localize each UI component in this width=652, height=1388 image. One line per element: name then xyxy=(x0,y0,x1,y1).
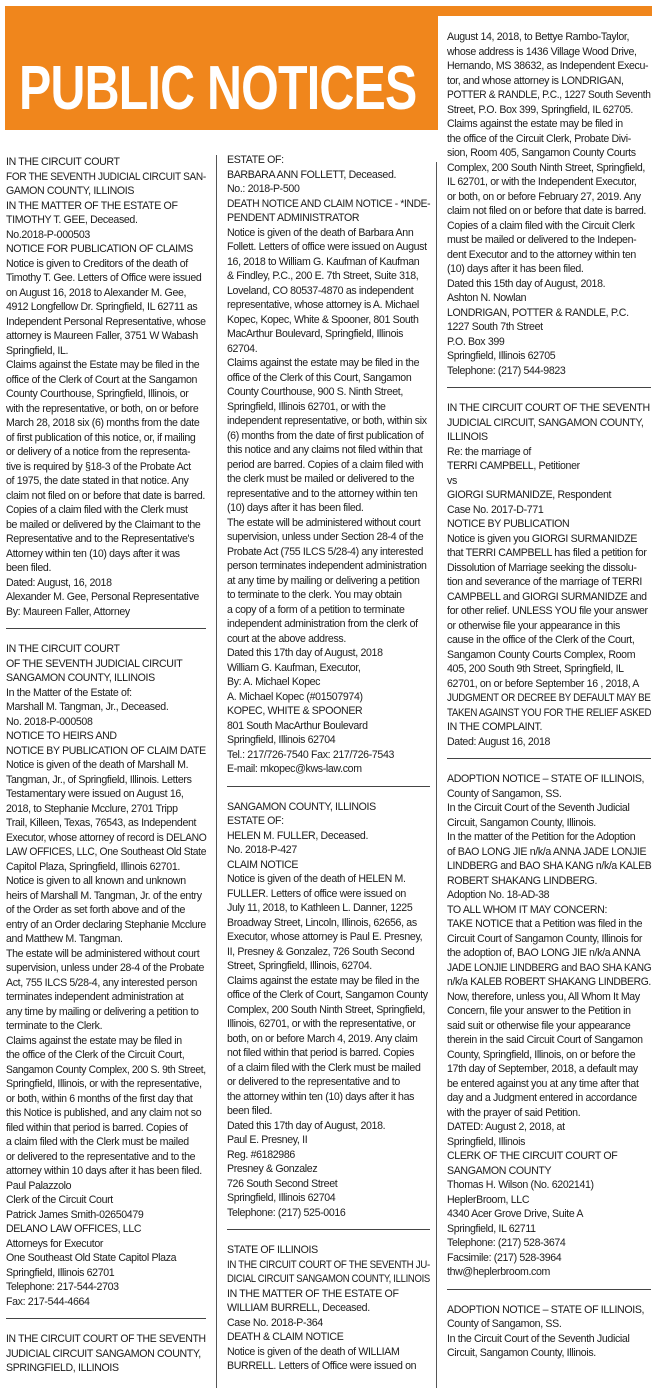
notice-line: to terminate to the clerk. You may obtai… xyxy=(227,588,430,603)
notice-line: TERRI CAMPBELL, Petitioner xyxy=(447,459,651,474)
notice-line: Capitol Plaza, Springfield, Illinois 627… xyxy=(6,860,206,875)
notice-line: any time by mailing or delivering a peti… xyxy=(6,1005,206,1020)
notice-line: TIMOTHY T. GEE, Deceased. xyxy=(6,213,206,228)
notice-line: Sangamon County Courts Complex, Room xyxy=(447,648,651,663)
notice-line: MacArthur Boulevard, Springfield, Illino… xyxy=(227,327,430,342)
notice-line: 4912 Longfellow Dr. Springfield, IL 6271… xyxy=(6,300,206,315)
notice-line: Claims against the estate may be filed i… xyxy=(6,1034,206,1049)
notice-line: One Southeast Old State Capitol Plaza xyxy=(6,1251,206,1266)
notice-line: IN THE CIRCUIT COURT xyxy=(6,155,206,170)
notice-line: or delivery of a notice from the represe… xyxy=(6,445,206,460)
notice-line: Now, therefore, unless you, All Whom It … xyxy=(447,990,651,1005)
notice-line: Broadway Street, Lincoln, Illinois, 6265… xyxy=(227,916,430,931)
notice-line: Re: the marriage of xyxy=(447,445,651,460)
page-title: PUBLIC NOTICES xyxy=(19,58,416,120)
notice-line: Hernando, MS 38632, as Independent Execu… xyxy=(447,59,651,74)
notice: STATE OF ILLINOISIN THE CIRCUIT COURT OF… xyxy=(227,1243,430,1374)
notice-line: 1227 South 7th Street xyxy=(447,320,651,335)
notice-line: of the Order as set forth above and of t… xyxy=(6,903,206,918)
notice-line: Notice is given to Creditors of the deat… xyxy=(6,257,206,272)
notice-line: Claims against the estate may be filed i… xyxy=(227,356,430,371)
notice-line: Claims against the estate may be filed i… xyxy=(447,117,651,132)
notice-line: Springfield, IL. xyxy=(6,344,206,359)
notice-line: WILLIAM BURRELL, Deceased. xyxy=(227,1301,430,1316)
notice-line: PENDENT ADMINISTRATOR xyxy=(227,211,430,226)
notice-line: No. 2018-P-427 xyxy=(227,843,430,858)
notice-line: Executor, whose attorney is Paul E. Pres… xyxy=(227,930,430,945)
notice-line: The estate will be administered without … xyxy=(6,947,206,962)
notice-line: IN THE CIRCUIT COURT xyxy=(6,642,206,657)
notice-line: office of the Clerk of Court, Sangamon C… xyxy=(227,988,430,1003)
notice-line: Claims against the estate may be filed i… xyxy=(227,974,430,989)
notice-line: the office of the Clerk of the Circuit C… xyxy=(6,1048,206,1063)
notice: SANGAMON COUNTY, ILLINOISESTATE OF:HELEN… xyxy=(227,800,430,1221)
notice-line: Circuit Court of Sangamon County, Illino… xyxy=(447,932,651,947)
notice-line: tion and severance of the marriage of TE… xyxy=(447,575,651,590)
notice-line: whose address is 1436 Village Wood Drive… xyxy=(447,45,651,60)
notice-line: Circuit, Sangamon County, Illinois. xyxy=(447,816,651,831)
notice-line: In the Circuit Court of the Seventh Judi… xyxy=(447,1332,651,1347)
notice-line: Independent Personal Representative, who… xyxy=(6,315,206,330)
notice: IN THE CIRCUIT COURTFOR THE SEVENTH JUDI… xyxy=(6,155,206,619)
notice-line: County Courthouse, Springfield, Illinois… xyxy=(6,387,206,402)
notice-line: attorney within 10 days after it has bee… xyxy=(6,1164,206,1179)
notice-line: Springfield, Illinois 62704 xyxy=(227,733,430,748)
notice-line: been filed. xyxy=(227,1104,430,1119)
notice-line: (6) months from the date of first public… xyxy=(227,429,430,444)
notice-line: Dated: August, 16, 2018 xyxy=(6,576,206,591)
notice-line: day and a Judgment entered in accordance xyxy=(447,1091,651,1106)
notice-line: DEATH & CLAIM NOTICE xyxy=(227,1330,430,1345)
notice-line: Dissolution of Marriage seeking the diss… xyxy=(447,561,651,576)
notice-line: supervision, unless under Section 28-4 o… xyxy=(227,530,430,545)
notice-line: person terminates independent administra… xyxy=(227,559,430,574)
notice-line: Case No. 2017-D-771 xyxy=(447,503,651,518)
notice-line: Clerk of the Circuit Court xyxy=(6,1193,206,1208)
notice-line: ADOPTION NOTICE – STATE OF ILLINOIS, xyxy=(447,772,651,787)
notice-line: HELEN M. FULLER, Deceased. xyxy=(227,829,430,844)
notice-line: that TERRI CAMPBELL has filed a petition… xyxy=(447,546,651,561)
notice-line: 726 South Second Street xyxy=(227,1177,430,1192)
notice-line: William G. Kaufman, Executor, xyxy=(227,661,430,676)
notice-line: NOTICE BY PUBLICATION xyxy=(447,517,651,532)
notice-line: Complex, 200 South Ninth Street, Springf… xyxy=(447,161,651,176)
notice-line: Street, Springfield, Illinois, 62704. xyxy=(227,959,430,974)
notice-line: the clerk must be mailed or delivered to… xyxy=(227,472,430,487)
notice-line: Dated this 17th day of August, 2018 xyxy=(227,646,430,661)
notice-line: for other relief. UNLESS YOU file your a… xyxy=(447,604,651,619)
notice-line: of first publication of this notice, or,… xyxy=(6,431,206,446)
notice-line: a copy of a form of a petition to termin… xyxy=(227,603,430,618)
notice-line: Telephone: (217) 544-9823 xyxy=(447,364,651,379)
notice-line: Marshall M. Tangman, Jr., Deceased. xyxy=(6,700,206,715)
notice-separator xyxy=(447,1289,651,1290)
notice-line: County of Sangamon, SS. xyxy=(447,787,651,802)
notice-line: County of Sangamon, SS. xyxy=(447,1317,651,1332)
notice-line: Dated this 15th day of August, 2018. xyxy=(447,277,651,292)
notice-line: office of the Clerk of this Court, Sanga… xyxy=(227,371,430,386)
notice-line: County, Springfield, Illinois, on or bef… xyxy=(447,1048,651,1063)
notice-line: CAMPBELL and GIORGI SURMANIDZE and xyxy=(447,590,651,605)
notice-line: 405, 200 South 9th Street, Springfield, … xyxy=(447,662,651,677)
notice-line: Telephone: (217) 528-3674 xyxy=(447,1236,651,1251)
notice-separator xyxy=(227,1229,430,1230)
notice-line: IN THE MATTER OF THE ESTATE OF xyxy=(227,1287,430,1302)
notice-line: with the prayer of said Petition. xyxy=(447,1106,651,1121)
notice-line: be mailed or delivered by the Claimant t… xyxy=(6,518,206,533)
notice-line: tive is required by §18-3 of the Probate… xyxy=(6,460,206,475)
notice-line: July 11, 2018, to Kathleen L. Danner, 12… xyxy=(227,901,430,916)
notice-line: (10) days after it has been filed. xyxy=(227,501,430,516)
column-divider xyxy=(436,162,437,1388)
notice-line: independent representative, or both, wit… xyxy=(227,414,430,429)
notice-line: LAW OFFICES, LLC, One Southeast Old Stat… xyxy=(6,845,200,860)
notice-line: Notice is given of the death of WILLIAM xyxy=(227,1345,430,1360)
notice-line: In the Circuit Court of the Seventh Judi… xyxy=(447,801,651,816)
notice-separator xyxy=(227,786,430,787)
notice-line: II, Presney & Gonzalez, 726 South Second xyxy=(227,945,430,960)
notice-line: SPRINGFIELD, ILLINOIS xyxy=(6,1361,206,1376)
notice-line: be entered against you at any time after… xyxy=(447,1077,651,1092)
notice-line: DEATH NOTICE AND CLAIM NOTICE - *INDE- xyxy=(227,197,423,212)
notice-line: Follett. Letters of office were issued o… xyxy=(227,240,430,255)
notice-line: P.O. Box 399 xyxy=(447,335,651,350)
notice-line: filed within that period is barred. Copi… xyxy=(6,1121,206,1136)
notice-line: this Notice is published, and any claim … xyxy=(6,1106,206,1121)
notice-line: representative, whose attorney is A. Mic… xyxy=(227,298,430,313)
notice-line: Telephone: 217-544-2703 xyxy=(6,1280,206,1295)
notice-line: STATE OF ILLINOIS xyxy=(227,1243,430,1258)
notice-line: court at the above address. xyxy=(227,632,430,647)
column-1: IN THE CIRCUIT COURTFOR THE SEVENTH JUDI… xyxy=(6,155,206,1376)
notice-line: Reg. #6182986 xyxy=(227,1148,430,1163)
notice-line: ADOPTION NOTICE – STATE OF ILLINOIS, xyxy=(447,1303,651,1318)
notice-line: No.: 2018-P-500 xyxy=(227,182,430,197)
notice-line: vs xyxy=(447,474,651,489)
notice-line: Copies of a claim filed with the Circuit… xyxy=(447,219,651,234)
notice-line: been filed. xyxy=(6,561,206,576)
notice: IN THE CIRCUIT COURT OF THE SEVENTHJUDIC… xyxy=(447,401,651,749)
notice-line: Fax: 217-544-4664 xyxy=(6,1295,206,1310)
notice-line: Paul E. Presney, II xyxy=(227,1133,430,1148)
notice: IN THE CIRCUIT COURTOF THE SEVENTH JUDIC… xyxy=(6,642,206,1309)
notice-line: TAKEN AGAINST YOU FOR THE RELIEF ASKED xyxy=(447,706,634,721)
notice-line: Patrick James Smith-02650479 xyxy=(6,1208,206,1223)
notice-line: Notice is given of the death of Marshall… xyxy=(6,758,206,773)
notice-line: must be mailed or delivered to the Indep… xyxy=(447,233,651,248)
notice-line: 2018, to Stephanie Mcclure, 2701 Tripp xyxy=(6,802,206,817)
notice-line: 801 South MacArthur Boulevard xyxy=(227,719,430,734)
notice-line: 16, 2018 to William G. Kaufman of Kaufma… xyxy=(227,255,430,270)
notice-line: JADE LONJIE LINDBERG and BAO SHA KANG xyxy=(447,961,641,976)
notice-line: Copies of a claim filed with the Clerk m… xyxy=(6,503,206,518)
notice-line: In the Matter of the Estate of: xyxy=(6,686,206,701)
notice-line: In the matter of the Petition for the Ad… xyxy=(447,830,651,845)
notice-line: Loveland, CO 80537-4870 as independent xyxy=(227,284,430,299)
notice-line: Kopec, Kopec, White & Spooner, 801 South xyxy=(227,313,430,328)
notice-line: NOTICE FOR PUBLICATION OF CLAIMS xyxy=(6,242,206,257)
notice-line: Dated: August 16, 2018 xyxy=(447,735,651,750)
notice-line: Springfield, Illinois 62705 xyxy=(447,349,651,364)
notice-line: or delivered to the representative and t… xyxy=(227,1075,430,1090)
notice-line: SANGAMON COUNTY, ILLINOIS xyxy=(6,671,206,686)
notice-line: DICIAL CIRCUIT SANGAMON COUNTY, ILLINOIS xyxy=(227,1272,409,1287)
notice-line: Presney & Gonzalez xyxy=(227,1162,430,1177)
notice-separator xyxy=(6,1318,206,1319)
notice-line: Adoption No. 18-AD-38 xyxy=(447,888,651,903)
notice-line: Alexander M. Gee, Personal Representativ… xyxy=(6,590,206,605)
column-3: August 14, 2018, to Bettye Rambo-Taylor,… xyxy=(447,30,651,1361)
notice-line: with the representative, or both, on or … xyxy=(6,402,206,417)
notice-line: Notice is given you GIORGI SURMANIDZE xyxy=(447,532,651,547)
notice-line: heirs of Marshall M. Tangman, Jr. of the… xyxy=(6,889,206,904)
notice-line: of BAO LONG JIE n/k/a ANNA JADE LONJIE xyxy=(447,845,651,860)
notice-line: entry of an Order declaring Stephanie Mc… xyxy=(6,918,205,933)
notice-line: Notice is given of the death of Barbara … xyxy=(227,226,430,241)
notice-separator xyxy=(447,387,651,388)
notice-line: Tangman, Jr., of Springfield, Illinois. … xyxy=(6,773,206,788)
notice-line: Act, 755 ILCS 5/28-4, any interested per… xyxy=(6,976,206,991)
notice-line: n/k/a KALEB ROBERT SHAKANG LINDBERG. xyxy=(447,975,646,990)
notice-line: this notice and any claims not filed wit… xyxy=(227,443,430,458)
notice-line: thw@heplerbroom.com xyxy=(447,1265,651,1280)
notice: ADOPTION NOTICE – STATE OF ILLINOIS,Coun… xyxy=(447,772,651,1280)
notice-line: Springfield, Illinois 62701, or with the xyxy=(227,400,430,415)
notice-line: or both, within 6 months of the first da… xyxy=(6,1092,206,1107)
notice-line: DATED: August 2, 2018, at xyxy=(447,1120,651,1135)
notice-line: cause in the office of the Clerk of the … xyxy=(447,633,651,648)
notice-line: Executor, whose attorney of record is DE… xyxy=(6,831,201,846)
masthead: PUBLIC NOTICES xyxy=(5,6,438,130)
notice-line: LONDRIGAN, POTTER & RANDLE, P.C. xyxy=(447,306,651,321)
notice: IN THE CIRCUIT COURT OF THE SEVENTHJUDIC… xyxy=(6,1332,206,1376)
notice-line: supervision, unless under 28-4 of the Pr… xyxy=(6,961,206,976)
notice-line: OF THE SEVENTH JUDICIAL CIRCUIT xyxy=(6,657,206,672)
notice: ADOPTION NOTICE – STATE OF ILLINOIS,Coun… xyxy=(447,1303,651,1361)
notice-line: Dated this 17th day of August, 2018. xyxy=(227,1119,430,1134)
notice-line: IN THE CIRCUIT COURT OF THE SEVENTH xyxy=(447,401,651,416)
notice-line: or delivered to the representative and t… xyxy=(6,1150,206,1165)
notice-line: FULLER. Letters of office were issued on xyxy=(227,887,430,902)
notice-line: Complex, 200 South Ninth Street, Springf… xyxy=(227,1003,430,1018)
notice-line: therein in the said Circuit Court of San… xyxy=(447,1033,651,1048)
notice-line: Testamentary were issued on August 16, xyxy=(6,787,206,802)
notice-line: Paul Palazzolo xyxy=(6,1179,206,1194)
notice-line: Springfield, Illinois, or with the repre… xyxy=(6,1077,206,1092)
notice-line: on August 16, 2018 to Alexander M. Gee, xyxy=(6,286,206,301)
notice-separator xyxy=(447,758,651,759)
notice-line: 62701, on or before September 16 , 2018,… xyxy=(447,677,651,692)
notice-line: JUDICIAL CIRCUIT, SANGAMON COUNTY, xyxy=(447,416,651,431)
notice-line: ESTATE OF: xyxy=(227,153,430,168)
notice-line: Ashton N. Nowlan xyxy=(447,291,651,306)
notice-line: IN THE CIRCUIT COURT OF THE SEVENTH JU- xyxy=(227,1258,414,1273)
notice-line: JUDGMENT OR DECREE BY DEFAULT MAY BE xyxy=(447,691,635,706)
notice-line: By: A. Michael Kopec xyxy=(227,675,430,690)
notice-line: Springfield, Illinois 62704 xyxy=(227,1191,430,1206)
notice-line: Telephone: (217) 525-0016 xyxy=(227,1206,430,1221)
notice-line: Illinois, 62701, or with the representat… xyxy=(227,1017,430,1032)
notice-line: SANGAMON COUNTY, ILLINOIS xyxy=(227,800,430,815)
notice-line: GIORGI SURMANIDZE, Respondent xyxy=(447,488,651,503)
notice-line: DELANO LAW OFFICES, LLC xyxy=(6,1222,206,1237)
notice-line: both, on or before March 4, 2019. Any cl… xyxy=(227,1032,430,1047)
notice-line: The estate will be administered without … xyxy=(227,516,430,531)
notice-line: Probate Act (755 ILCS 5/28-4) any intere… xyxy=(227,545,430,560)
column-divider xyxy=(216,155,217,1388)
notice-line: Claims against the Estate may be filed i… xyxy=(6,358,206,373)
notice-line: Circuit, Sangamon County, Illinois. xyxy=(447,1346,651,1361)
notice-line: claim not filed on or before that date i… xyxy=(447,204,651,219)
notice-line: and Matthew M. Tangman. xyxy=(6,932,206,947)
notice-line: JUDICIAL CIRCUIT SANGAMON COUNTY, xyxy=(6,1347,206,1362)
notice-line: the adoption of, BAO LONG JIE n/k/a ANNA xyxy=(447,946,651,961)
notice-line: Case No. 2018-P-364 xyxy=(227,1316,430,1331)
notice-line: (10) days after it has been filed. xyxy=(447,262,651,277)
notice-line: Facsimile: (217) 528-3964 xyxy=(447,1251,651,1266)
notice-line: of 1975, the date stated in that notice.… xyxy=(6,474,206,489)
notice-line: Street, P.O. Box 399, Springfield, IL 62… xyxy=(447,103,651,118)
notice-line: HeplerBroom, LLC xyxy=(447,1193,651,1208)
notice-line: of a claim filed with the Clerk must be … xyxy=(227,1061,430,1076)
notice-line: independent administration from the cler… xyxy=(227,617,430,632)
notice-line: or both, on or before February 27, 2019.… xyxy=(447,190,651,205)
notice-line: Notice is given of the death of HELEN M. xyxy=(227,872,430,887)
notice-line: tor, and whose attorney is LONDRIGAN, xyxy=(447,74,651,89)
notice-line: FOR THE SEVENTH JUDICIAL CIRCUIT SAN- xyxy=(6,170,196,185)
notice-line: NOTICE TO HEIRS AND xyxy=(6,729,206,744)
notice-line: & Findley, P.C., 200 E. 7th Street, Suit… xyxy=(227,269,430,284)
notice-line: sion, Room 405, Sangamon County Courts xyxy=(447,146,651,161)
notice-line: said suit or otherwise file your appeara… xyxy=(447,1019,651,1034)
notice-line: IN THE COMPLAINT. xyxy=(447,720,651,735)
notice-line: CLAIM NOTICE xyxy=(227,858,430,873)
notice-line: a claim filed with the Clerk must be mai… xyxy=(6,1135,206,1150)
notice-line: GAMON COUNTY, ILLINOIS xyxy=(6,184,206,199)
notice-line: Springfield, Illinois xyxy=(447,1135,651,1150)
notice-line: claim not filed on or before that date i… xyxy=(6,489,206,504)
notice-line: office of the Clerk of Court at the Sang… xyxy=(6,373,206,388)
notice-line: Springfield, Illinois 62701 xyxy=(6,1266,206,1281)
notice-line: BURRELL. Letters of Office were issued o… xyxy=(227,1359,430,1374)
notice-line: Attorneys for Executor xyxy=(6,1237,206,1252)
notice-separator xyxy=(6,628,206,629)
notice-line: TO ALL WHOM IT MAY CONCERN: xyxy=(447,903,651,918)
notice-line: 62704. xyxy=(227,342,430,357)
notice-line: LINDBERG and BAO SHA KANG n/k/a KALEB xyxy=(447,859,648,874)
notice-line: SANGAMON COUNTY xyxy=(447,1164,651,1179)
notice-line: Concern, file your answer to the Petitio… xyxy=(447,1004,651,1019)
notice-line: IN THE CIRCUIT COURT OF THE SEVENTH xyxy=(6,1332,203,1347)
notice-line: A. Michael Kopec (#01507974) xyxy=(227,690,430,705)
notice-line: NOTICE BY PUBLICATION OF CLAIM DATE xyxy=(6,744,205,759)
notice-line: representative and to the attorney withi… xyxy=(227,487,430,502)
notice: ESTATE OF:BARBARA ANN FOLLETT, Deceased.… xyxy=(227,153,430,777)
column-2: ESTATE OF:BARBARA ANN FOLLETT, Deceased.… xyxy=(227,153,430,1374)
notice-line: ILLINOIS xyxy=(447,430,651,445)
notice-line: August 14, 2018, to Bettye Rambo-Taylor, xyxy=(447,30,651,45)
notice-line: the office of the Circuit Clerk, Probate… xyxy=(447,132,651,147)
notice-line: Notice is given to all known and unknown xyxy=(6,874,206,889)
notice-line: No.2018-P-000503 xyxy=(6,228,206,243)
notice-line: 4340 Acer Grove Drive, Suite A xyxy=(447,1207,651,1222)
notice-line: E-mail: mkopec@kws-law.com xyxy=(227,762,430,777)
notice-line: Springfield, IL 62711 xyxy=(447,1222,651,1237)
notice-line: BARBARA ANN FOLLETT, Deceased. xyxy=(227,168,430,183)
notice-line: Trail, Killeen, Texas, 76543, as Indepen… xyxy=(6,816,206,831)
notice-line: KOPEC, WHITE & SPOONER xyxy=(227,704,430,719)
notice-line: IN THE MATTER OF THE ESTATE OF xyxy=(6,199,206,214)
notice-line: March 28, 2018 six (6) months from the d… xyxy=(6,416,206,431)
notice-line: TAKE NOTICE that a Petition was filed in… xyxy=(447,917,651,932)
notice-line: ESTATE OF: xyxy=(227,814,430,829)
notice-line: ROBERT SHAKANG LINDBERG. xyxy=(447,874,651,889)
notice-line: attorney is Maureen Faller, 3751 W Wabas… xyxy=(6,329,206,344)
notice-line: period are barred. Copies of a claim fil… xyxy=(227,458,430,473)
notice-line: POTTER & RANDLE, P.C., 1227 South Sevent… xyxy=(447,88,643,103)
notice-line: By: Maureen Faller, Attorney xyxy=(6,605,206,620)
notice: August 14, 2018, to Bettye Rambo-Taylor,… xyxy=(447,30,651,378)
notice-line: IL 62701, or with the Independent Execut… xyxy=(447,175,651,190)
notice-line: terminate to the Clerk. xyxy=(6,1019,206,1034)
notice-line: Attorney within ten (10) days after it w… xyxy=(6,547,206,562)
notice-line: Tel.: 217/726-7540 Fax: 217/726-7543 xyxy=(227,748,430,763)
notice-line: or otherwise file your appearance in thi… xyxy=(447,619,651,634)
notice-line: Thomas H. Wilson (No. 6202141) xyxy=(447,1178,651,1193)
notice-line: CLERK OF THE CIRCUIT COURT OF xyxy=(447,1149,651,1164)
notice-line: dent Executor and to the attorney within… xyxy=(447,248,651,263)
notice-line: Timothy T. Gee. Letters of Office were i… xyxy=(6,271,206,286)
notice-line: not filed within that period is barred. … xyxy=(227,1046,430,1061)
notice-line: 17th day of September, 2018, a default m… xyxy=(447,1062,651,1077)
notice-line: Sangamon County Complex, 200 S. 9th Stre… xyxy=(6,1063,200,1078)
notice-line: County Courthouse, 900 S. Ninth Street, xyxy=(227,385,430,400)
notice-line: No. 2018-P-000508 xyxy=(6,715,206,730)
notice-line: the attorney within ten (10) days after … xyxy=(227,1090,430,1105)
notice-line: terminates independent administration at xyxy=(6,990,206,1005)
notice-line: Representative and to the Representative… xyxy=(6,532,206,547)
notice-line: at any time by mailing or delivering a p… xyxy=(227,574,430,589)
